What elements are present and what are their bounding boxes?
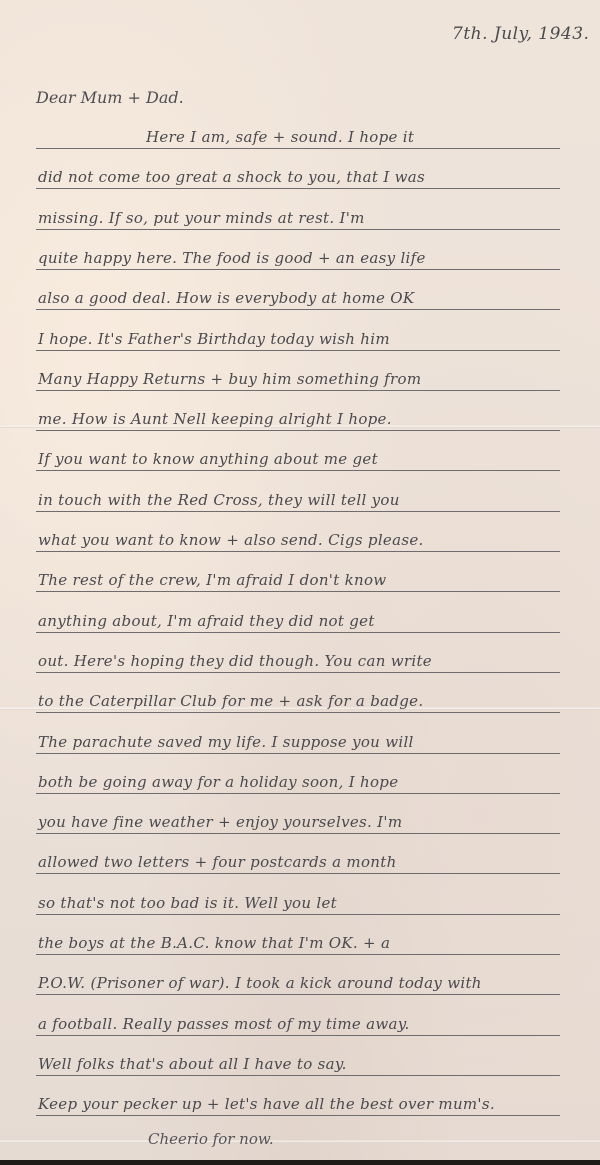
letter-line-text: P.O.W. (Prisoner of war). I took a kick … <box>38 974 482 992</box>
letter-line: Keep your pecker up + let's have all the… <box>36 1084 560 1116</box>
letter-line-text: quite happy here. The food is good + an … <box>38 249 426 267</box>
letter-line: Many Happy Returns + buy him something f… <box>36 359 560 391</box>
letter-line-text: the boys at the B.A.C. know that I'm OK.… <box>38 934 390 952</box>
letter-line-text: to the Caterpillar Club for me + ask for… <box>38 692 423 710</box>
letter-line: in touch with the Red Cross, they will t… <box>36 480 560 512</box>
letter-line: both be going away for a holiday soon, I… <box>36 762 560 794</box>
letter-line-text: Well folks that's about all I have to sa… <box>38 1055 347 1073</box>
letter-line: anything about, I'm afraid they did not … <box>36 601 560 633</box>
letter-line: to the Caterpillar Club for me + ask for… <box>36 681 560 713</box>
letter-line: quite happy here. The food is good + an … <box>36 238 560 270</box>
letter-line: also a good deal. How is everybody at ho… <box>36 278 560 310</box>
letter-line: a football. Really passes most of my tim… <box>36 1004 560 1036</box>
letter-line-text: what you want to know + also send. Cigs … <box>38 531 424 549</box>
letter-date: 7th. July, 1943. <box>452 24 589 44</box>
letter-line: If you want to know anything about me ge… <box>36 439 560 471</box>
letter-line: P.O.W. (Prisoner of war). I took a kick … <box>36 963 560 995</box>
letter-line: allowed two letters + four postcards a m… <box>36 842 560 874</box>
letter-salutation: Dear Mum + Dad. <box>36 88 184 107</box>
letter-line: you have fine weather + enjoy yourselves… <box>36 802 560 834</box>
letter-closing: Cheerio for now. <box>148 1130 274 1148</box>
letter-line-text: so that's not too bad is it. Well you le… <box>38 894 337 912</box>
letter-line: out. Here's hoping they did though. You … <box>36 641 560 673</box>
letter-line: did not come too great a shock to you, t… <box>36 157 560 189</box>
letter-page: 7th. July, 1943. Dear Mum + Dad. Here I … <box>0 0 600 1160</box>
letter-line-text: did not come too great a shock to you, t… <box>38 168 425 186</box>
letter-line: what you want to know + also send. Cigs … <box>36 520 560 552</box>
letter-line: The parachute saved my life. I suppose y… <box>36 722 560 754</box>
letter-line-text: The rest of the crew, I'm afraid I don't… <box>38 571 386 589</box>
fold-crease <box>0 1140 600 1143</box>
scan-border <box>0 1160 600 1165</box>
letter-line-text: If you want to know anything about me ge… <box>38 450 378 468</box>
letter-line-text: in touch with the Red Cross, they will t… <box>38 491 400 509</box>
letter-line-text: also a good deal. How is everybody at ho… <box>38 289 414 307</box>
letter-line: Here I am, safe + sound. I hope it <box>36 117 560 149</box>
letter-line-text: Keep your pecker up + let's have all the… <box>38 1095 495 1113</box>
letter-line-text: a football. Really passes most of my tim… <box>38 1015 410 1033</box>
letter-line: Well folks that's about all I have to sa… <box>36 1044 560 1076</box>
letter-line-text: allowed two letters + four postcards a m… <box>38 853 397 871</box>
letter-line-text: The parachute saved my life. I suppose y… <box>38 733 414 751</box>
letter-line-text: me. How is Aunt Nell keeping alright I h… <box>38 410 392 428</box>
letter-line: me. How is Aunt Nell keeping alright I h… <box>36 399 560 431</box>
letter-line-text: Here I am, safe + sound. I hope it <box>146 128 414 146</box>
letter-line-text: missing. If so, put your minds at rest. … <box>38 209 365 227</box>
letter-line-text: Many Happy Returns + buy him something f… <box>38 370 421 388</box>
letter-line-text: out. Here's hoping they did though. You … <box>38 652 432 670</box>
letter-line: The rest of the crew, I'm afraid I don't… <box>36 560 560 592</box>
letter-line-text: both be going away for a holiday soon, I… <box>38 773 398 791</box>
letter-line-text: I hope. It's Father's Birthday today wis… <box>38 330 390 348</box>
letter-line-text: you have fine weather + enjoy yourselves… <box>38 813 402 831</box>
letter-line: the boys at the B.A.C. know that I'm OK.… <box>36 923 560 955</box>
letter-line: missing. If so, put your minds at rest. … <box>36 198 560 230</box>
letter-line-text: anything about, I'm afraid they did not … <box>38 612 375 630</box>
letter-line: so that's not too bad is it. Well you le… <box>36 883 560 915</box>
letter-line: I hope. It's Father's Birthday today wis… <box>36 319 560 351</box>
